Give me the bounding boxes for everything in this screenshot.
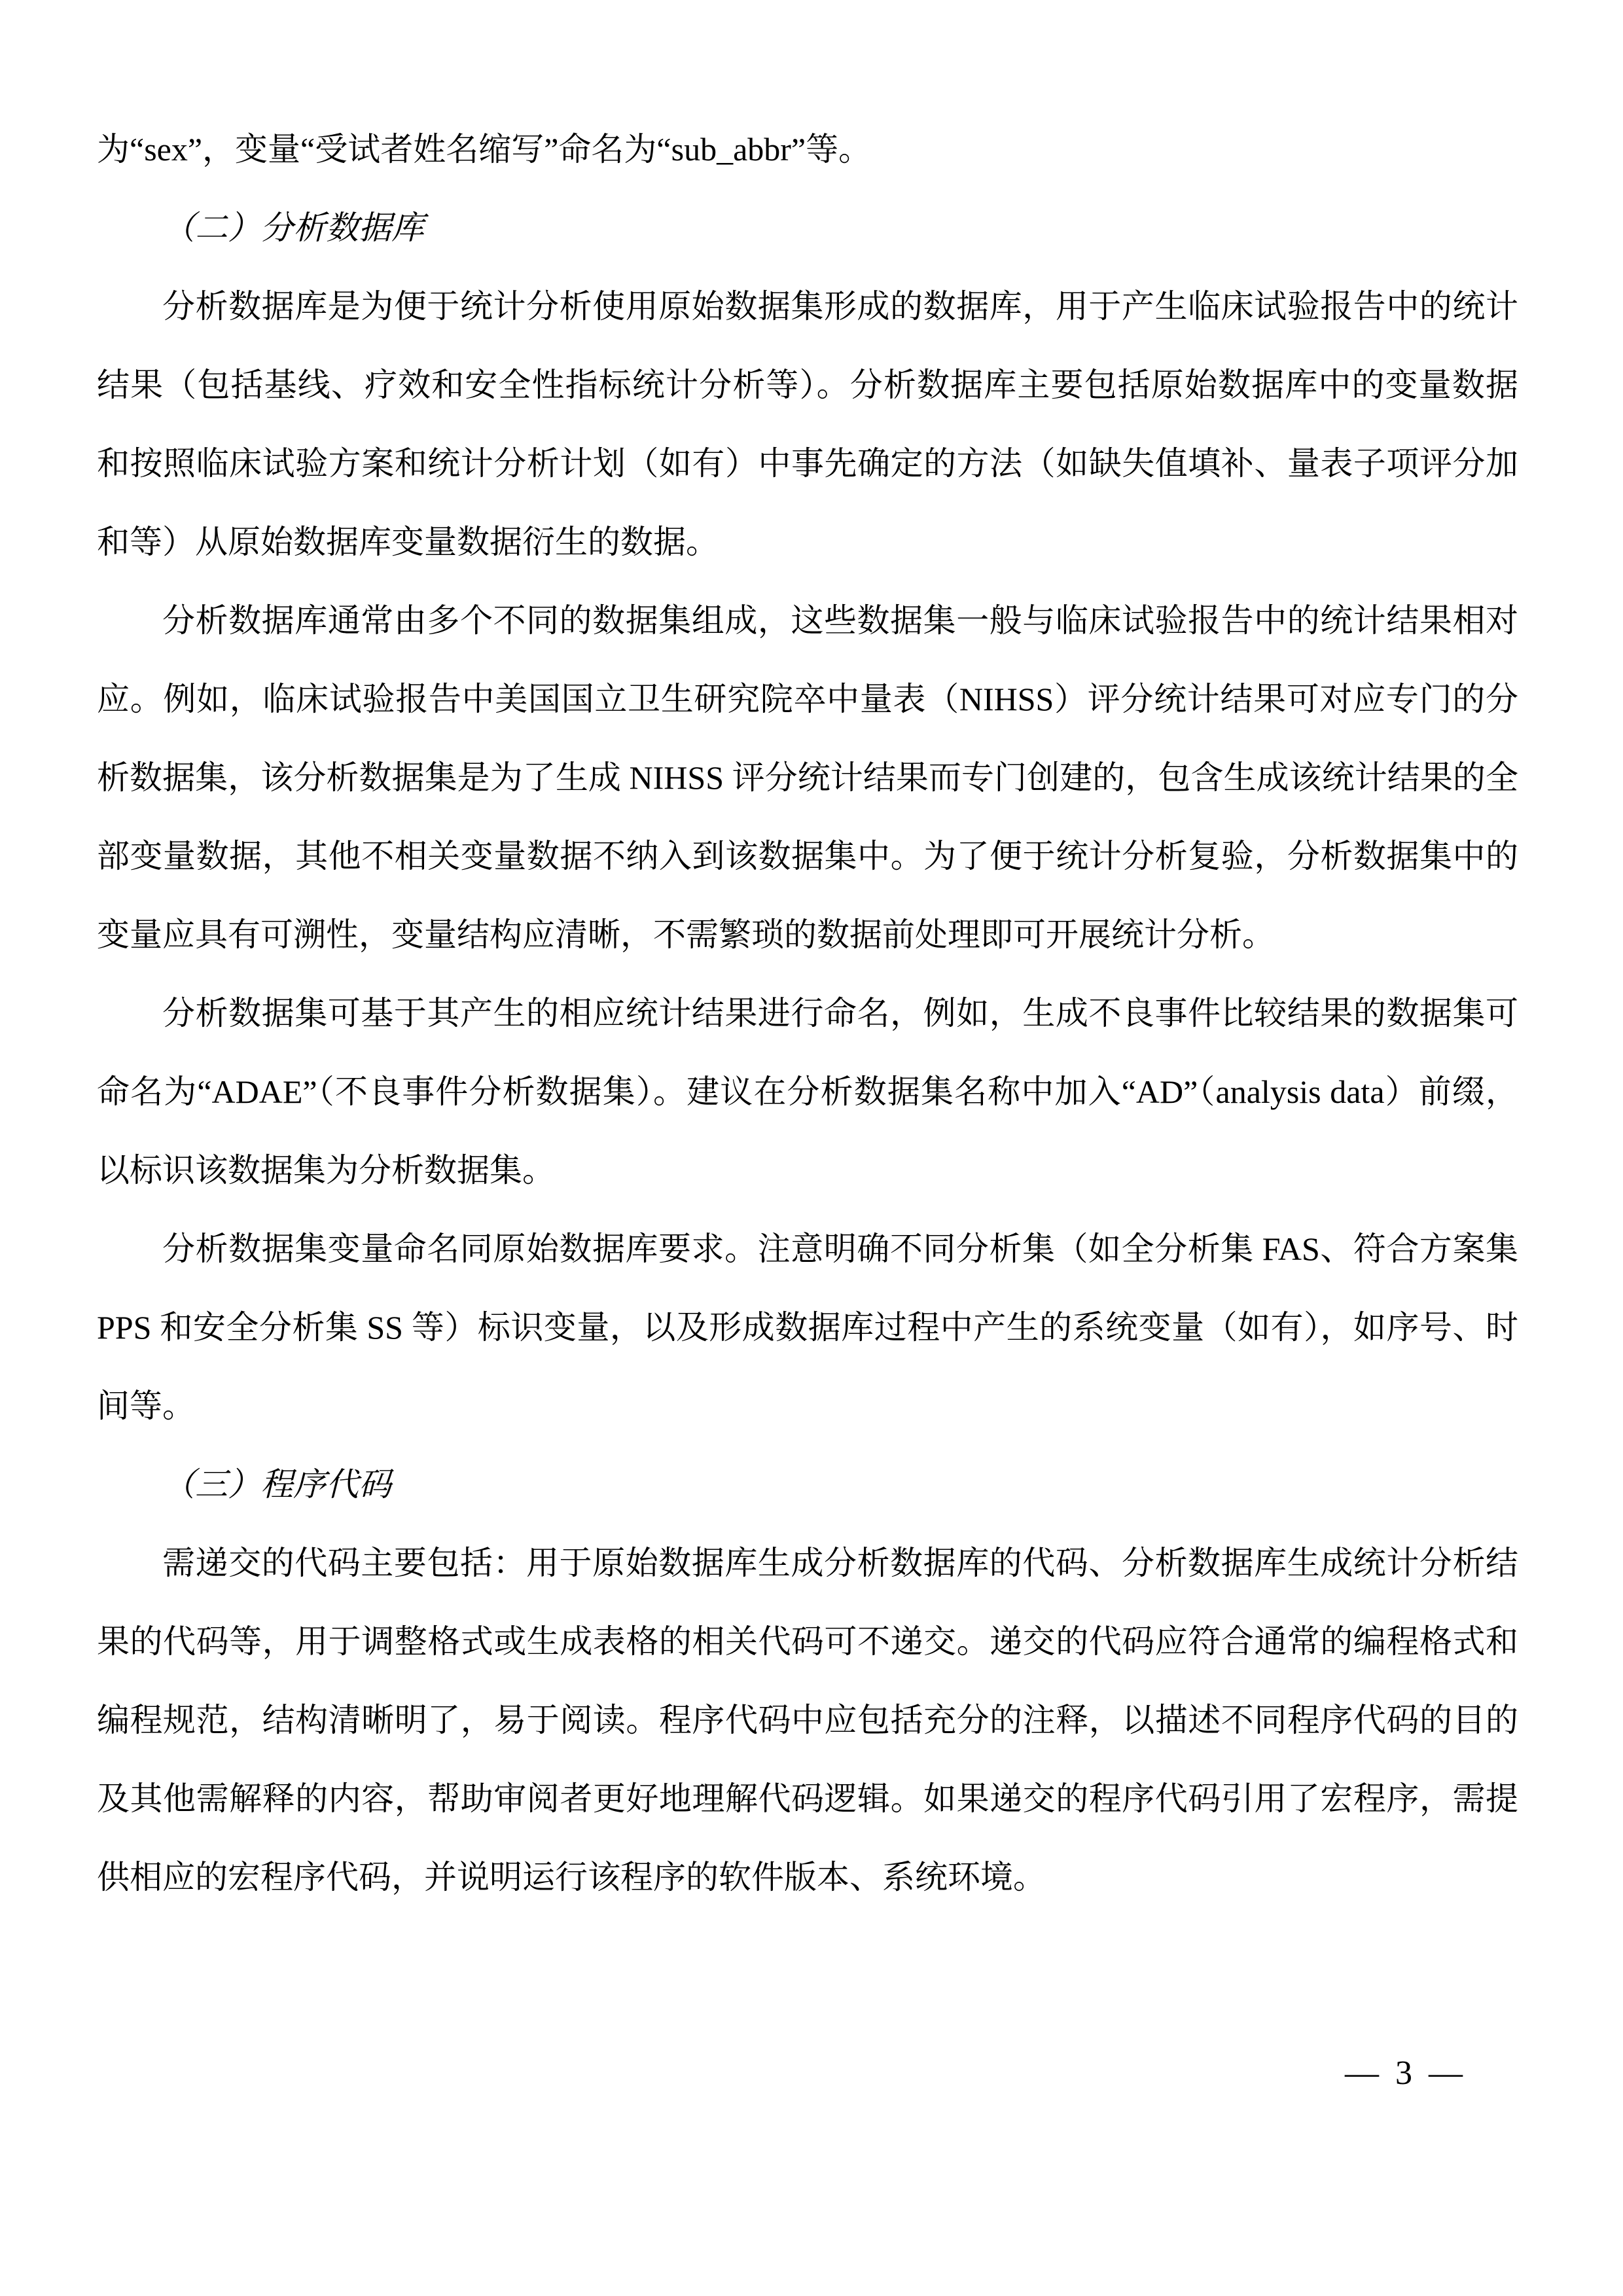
paragraph-analysis-database-datasets: 分析数据库通常由多个不同的数据集组成，这些数据集一般与临床试验报告中的统计结果相… <box>97 581 1518 974</box>
section-heading-program-code: （三）程序代码 <box>97 1445 1518 1524</box>
page-body-text: 为“sex”，变量“受试者姓名缩写”命名为“sub_abbr”等。 （二）分析数… <box>97 110 1518 1916</box>
document-page: 为“sex”，变量“受试者姓名缩写”命名为“sub_abbr”等。 （二）分析数… <box>0 0 1623 2296</box>
paragraph-analysis-database-definition: 分析数据库是为便于统计分析使用原始数据集形成的数据库，用于产生临床试验报告中的统… <box>97 267 1518 581</box>
paragraph-analysis-dataset-naming: 分析数据集可基于其产生的相应统计结果进行命名，例如，生成不良事件比较结果的数据集… <box>97 974 1518 1210</box>
paragraph-analysis-dataset-variables: 分析数据集变量命名同原始数据库要求。注意明确不同分析集（如全分析集 FAS、符合… <box>97 1210 1518 1445</box>
section-heading-analysis-database: （二）分析数据库 <box>97 188 1518 267</box>
paragraph-program-code-requirements: 需递交的代码主要包括：用于原始数据库生成分析数据库的代码、分析数据库生成统计分析… <box>97 1524 1518 1916</box>
paragraph-continuation: 为“sex”，变量“受试者姓名缩写”命名为“sub_abbr”等。 <box>97 110 1518 188</box>
page-footer: — 3 — <box>1345 2054 1495 2093</box>
page-number: — 3 — <box>1345 2054 1463 2092</box>
